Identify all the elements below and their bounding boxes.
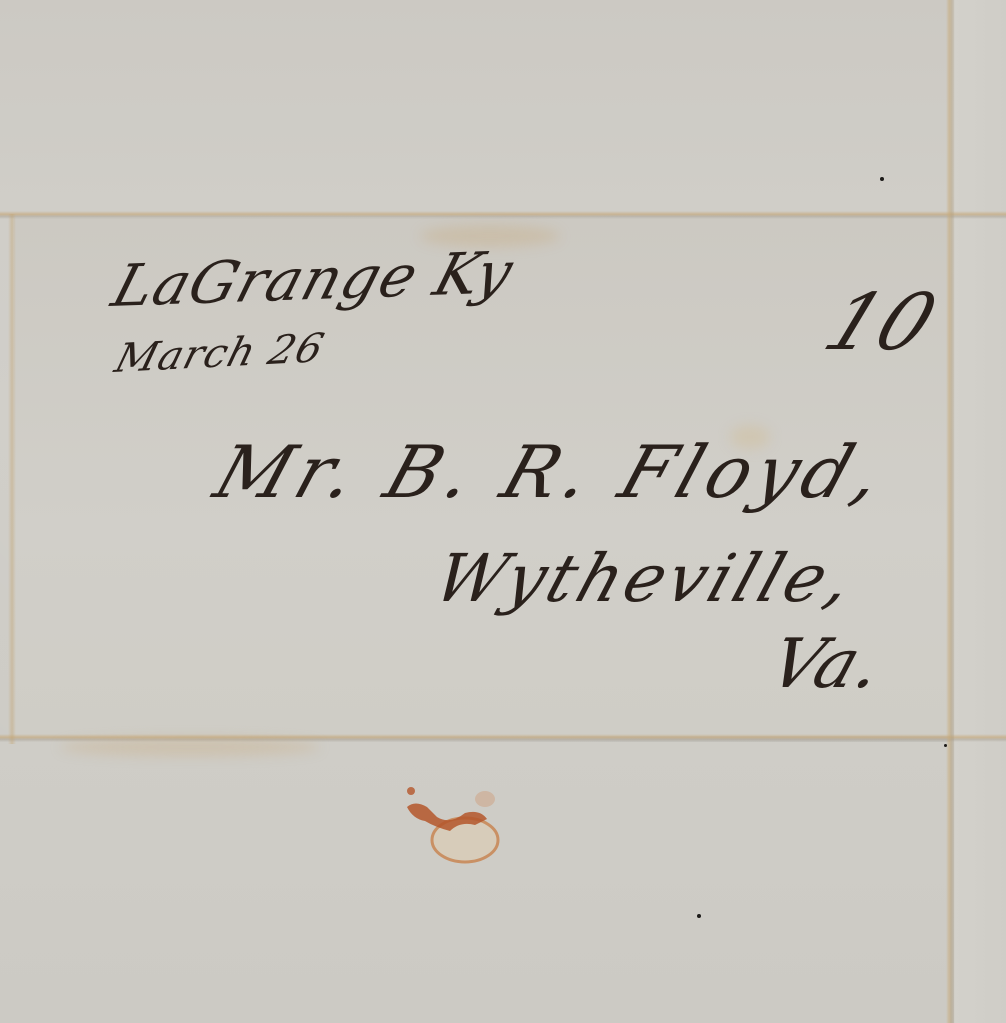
ink-speck: [944, 744, 947, 747]
top-flap: [0, 0, 950, 214]
fold-line-right: [946, 0, 955, 1023]
wax-seal-remnant: [405, 785, 500, 865]
ink-speck: [880, 177, 884, 181]
letter-cover: LaGrange Ky March 26 10 Mr. B. R. Floyd,…: [0, 0, 1006, 1023]
fold-line-left: [8, 214, 16, 744]
right-flap: [954, 0, 1006, 1023]
fold-line-top: [0, 211, 1006, 219]
address-city: Wytheville,: [425, 540, 866, 617]
ink-speck: [697, 914, 701, 918]
addressee-name: Mr. B. R. Floyd,: [205, 430, 899, 514]
postmark-town: LaGrange Ky: [105, 238, 521, 320]
foxing-stain: [60, 738, 320, 756]
